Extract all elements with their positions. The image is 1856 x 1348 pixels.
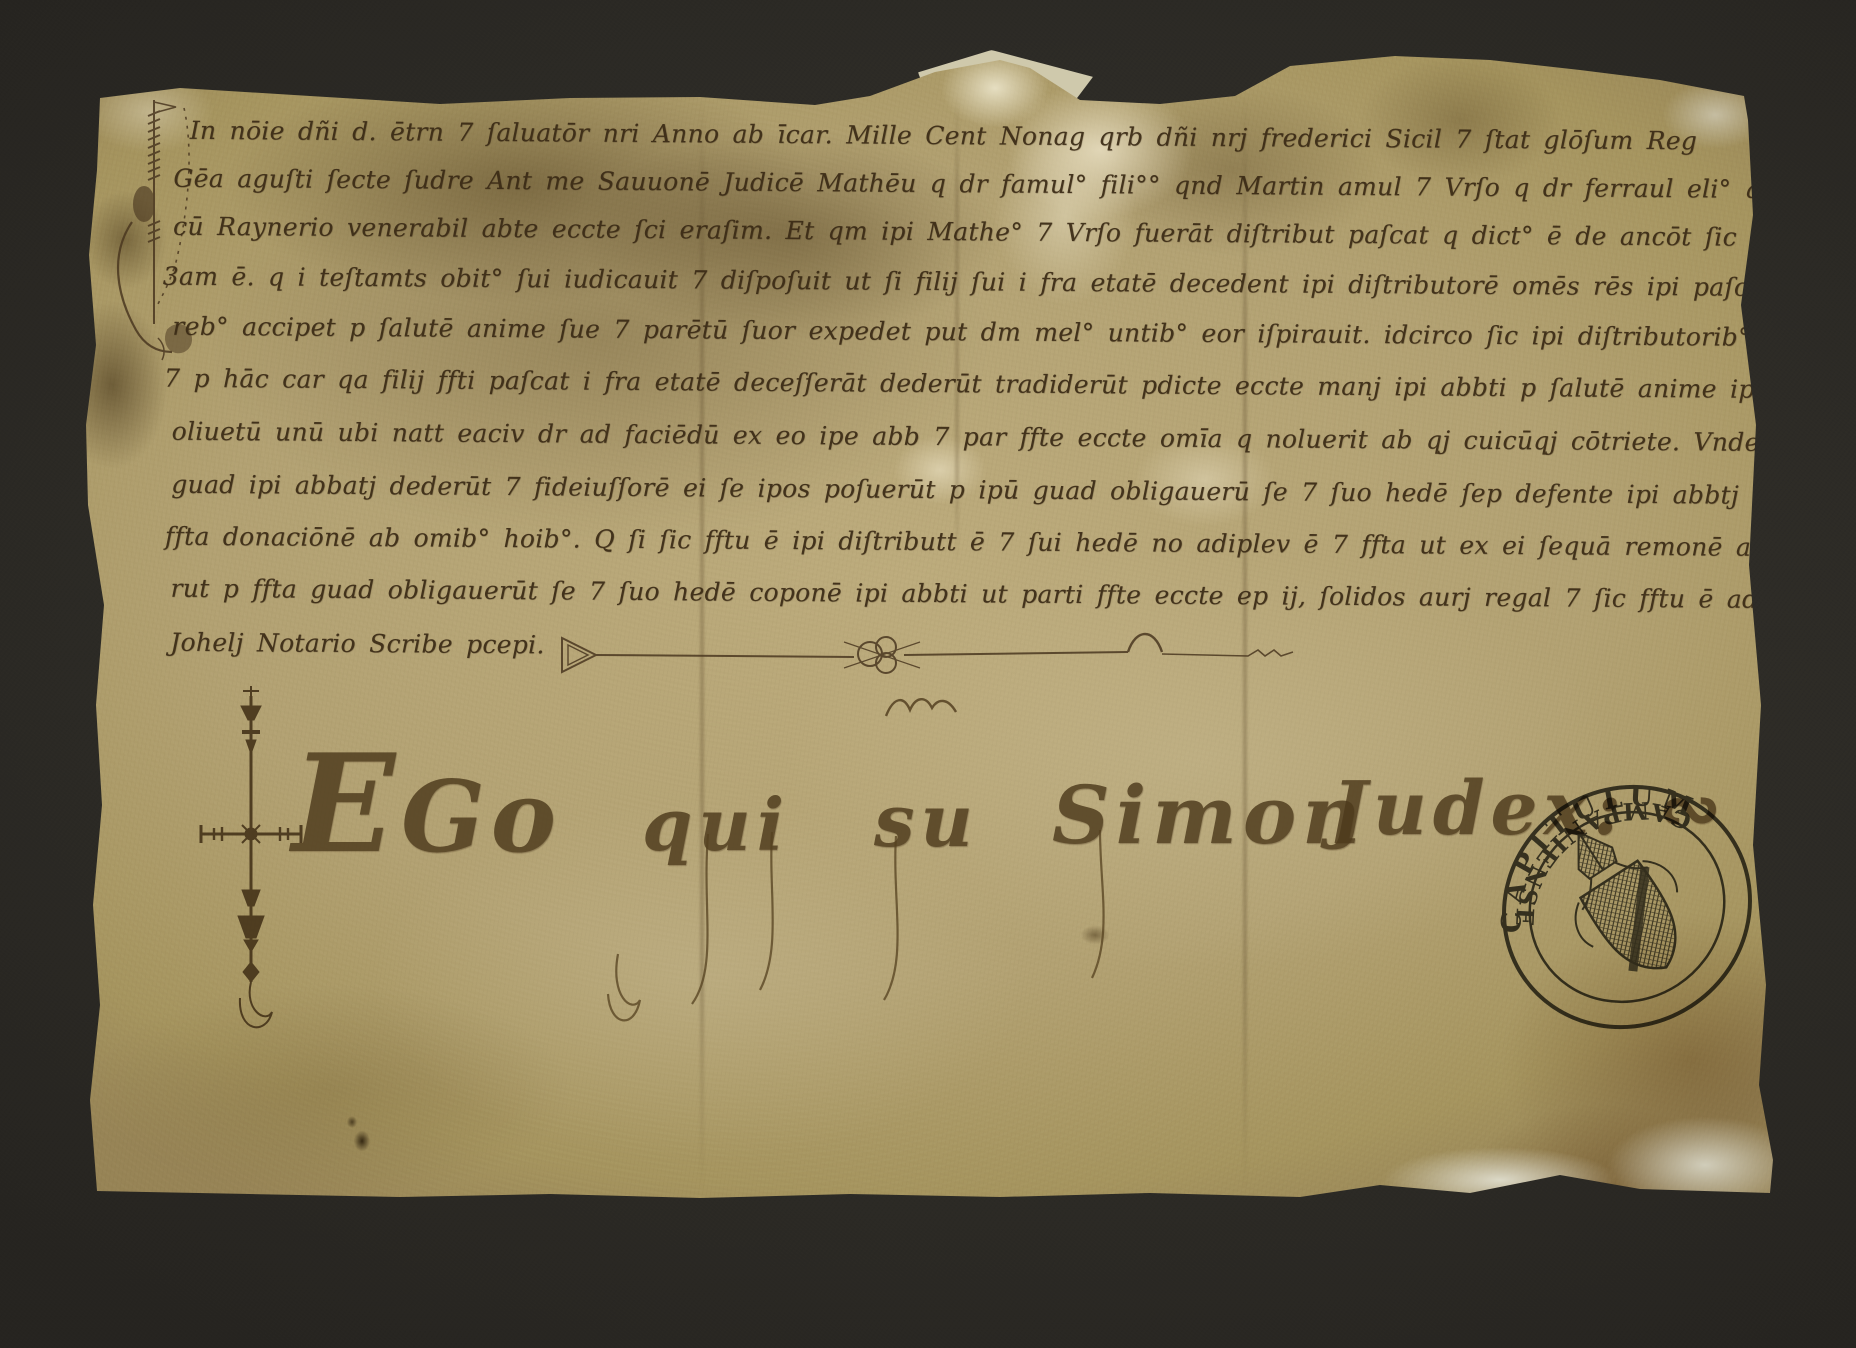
signature-squiggle-icon — [880, 688, 964, 726]
pen-flourish-icon — [548, 618, 1320, 690]
manuscript-line: Gēa aguſti ſecte ſudre Ant me Sauuonē Ju… — [173, 165, 1856, 206]
manuscript-line: ffta donaciōnē ab omib° hoib°. Q ſi ſic … — [165, 523, 1856, 563]
photographed-parchment-charter: { "document": { "lines": [ "In nōie dñi … — [0, 0, 1856, 1348]
manuscript-line: oliuetū unū ubi natt eaciv dr ad faciēdū… — [172, 418, 1856, 459]
manuscript-line: guad ipi abbatj dederūt 7 fideiuſſorē ei… — [171, 471, 1856, 511]
signature-word-ego: EGo — [292, 724, 562, 883]
parchment-sheet: In nōie dñi d. ētrn 7 ſaluatōr nri Anno … — [0, 0, 1856, 1348]
manuscript-line: cū Raynerio venerabil abte eccte ſci era… — [173, 213, 1856, 254]
manuscript-notary-line: Johelj Notario Scribe pcepi. — [170, 629, 545, 659]
manuscript-line: 3am ē. q i teſtamts obit° ſui iudicauit … — [163, 263, 1856, 304]
manuscript-line: rut p ffta guad obligauerūt ſe 7 ſuo hed… — [170, 575, 1856, 615]
manuscript-line: reb° accipet p ſalutē anime ſue 7 parētū… — [172, 313, 1856, 354]
signature-descenders — [540, 828, 1200, 1078]
manuscript-line: In nōie dñi d. ētrn 7 ſaluatōr nri Anno … — [190, 117, 1698, 155]
manuscript-line: 7 p hāc car qa filij ffti paſcat i fra e… — [164, 365, 1856, 406]
